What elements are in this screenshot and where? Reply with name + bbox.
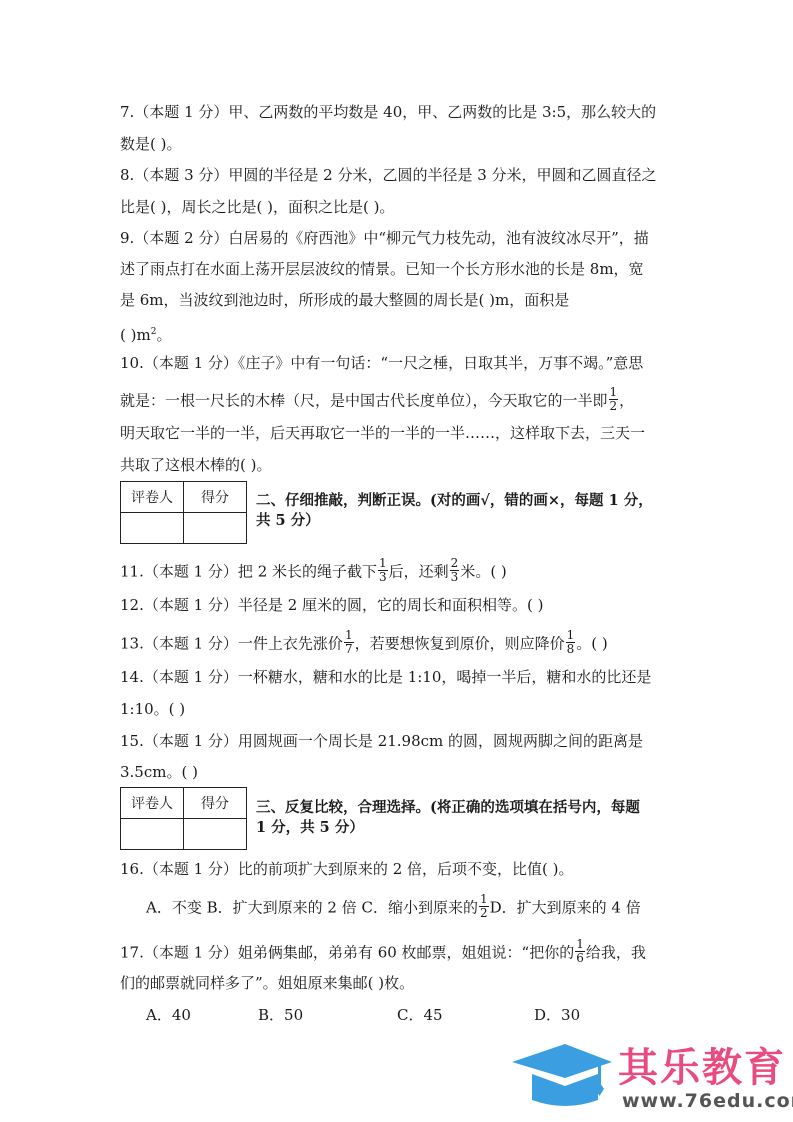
fraction-one-seventh: 17 xyxy=(344,629,354,656)
section3-title-line2: 1 分，共 5 分） xyxy=(256,818,640,838)
q8-line2: 比是( )，周长之比是( )，面积之比是( )。 xyxy=(120,197,394,217)
q11: 11.（本题 1 分）把 2 米长的绳子截下13后，还剩23米。( ) xyxy=(120,559,507,586)
brand-logo: 其乐教育 www.76edu.com xyxy=(510,1040,790,1115)
score-table-section3: 评卷人 得分 xyxy=(120,787,247,850)
grader-header: 评卷人 xyxy=(121,482,184,513)
q17-option-c: C．45 xyxy=(397,1005,443,1025)
q9-line4-post: 。 xyxy=(156,326,171,344)
q10-line3: 明天取它一半的一半，后天再取它一半的一半的一半……，这样取下去，三天一 xyxy=(120,423,645,443)
grader-cell[interactable] xyxy=(121,819,184,850)
score-header: 得分 xyxy=(184,788,247,819)
q7-line1: 7.（本题 1 分）甲、乙两数的平均数是 40，甲、乙两数的比是 3:5，那么较… xyxy=(120,102,656,122)
q12: 12.（本题 1 分）半径是 2 厘米的圆，它的周长和面积相等。( ) xyxy=(120,595,544,615)
q14-line2: 1:10。( ) xyxy=(120,699,185,719)
q9-line3: 是 6m，当波纹到池边时，所形成的最大整圆的周长是( )m，面积是 xyxy=(120,290,569,310)
q15-line1: 15.（本题 1 分）用圆规画一个周长是 21.98cm 的圆，圆规两脚之间的距… xyxy=(120,731,643,751)
grader-cell[interactable] xyxy=(121,513,184,544)
q17-line1-post: 给我，我 xyxy=(586,944,646,962)
q16-options: A．不变 B．扩大到原来的 2 倍 C．缩小到原来的12D．扩大到原来的 4 倍 xyxy=(146,895,641,922)
q17-line1: 17.（本题 1 分）姐弟俩集邮，弟弟有 60 枚邮票，姐姐说：“把你的16给我… xyxy=(120,940,646,967)
section3-title: 三、反复比较，合理选择。(将正确的选项填在括号内，每题 1 分，共 5 分） xyxy=(256,798,640,838)
q13-post: 。( ) xyxy=(576,635,607,653)
q9-line1: 9.（本题 2 分）白居易的《府西池》中“柳元气力枝先动，池有波纹冰尽开”，描 xyxy=(120,228,649,248)
q9-line2: 述了雨点打在水面上荡开层层波纹的情景。已知一个长方形水池的长是 8m，宽 xyxy=(120,259,644,279)
q17-line2: 们的邮票就同样多了”。姐姐原来集邮( )枚。 xyxy=(120,973,414,993)
q16-line1: 16.（本题 1 分）比的前项扩大到原来的 2 倍，后项不变，比值( )。 xyxy=(120,859,574,879)
fraction-one-half: 12 xyxy=(609,386,619,413)
graduation-cap-icon xyxy=(510,1040,615,1115)
q13-mid: ，若要想恢复到原价，则应降价 xyxy=(355,635,565,653)
score-cell[interactable] xyxy=(184,513,247,544)
q8-line1: 8.（本题 3 分）甲圆的半径是 2 分米，乙圆的半径是 3 分米，甲圆和乙圆直… xyxy=(120,165,657,185)
brand-name: 其乐教育 xyxy=(618,1036,786,1093)
q17-option-b: B．50 xyxy=(258,1005,303,1025)
fraction-one-third: 13 xyxy=(378,557,388,584)
q11-pre: 11.（本题 1 分）把 2 米长的绳子截下 xyxy=(120,563,377,581)
section2-title: 二、仔细推敲，判断正误。(对的画√，错的画×，每题 1 分， 共 5 分） xyxy=(256,491,653,531)
section2-title-line1: 二、仔细推敲，判断正误。(对的画√，错的画×，每题 1 分， xyxy=(256,491,653,511)
q13: 13.（本题 1 分）一件上衣先涨价17，若要想恢复到原价，则应降价18。( ) xyxy=(120,631,608,658)
fraction-one-sixth: 16 xyxy=(575,938,585,965)
section3-title-line1: 三、反复比较，合理选择。(将正确的选项填在括号内，每题 xyxy=(256,798,640,818)
fraction-two-thirds: 23 xyxy=(450,557,460,584)
score-cell[interactable] xyxy=(184,819,247,850)
fraction-one-eighth: 18 xyxy=(566,629,576,656)
q10-line4: 共取了这根木棒的( )。 xyxy=(120,455,271,475)
q17-option-a: A．40 xyxy=(146,1005,191,1025)
q10-line1: 10.（本题 1 分）《庄子》中有一句话：“一尺之棰，日取其半，万事不竭。”意思 xyxy=(120,353,643,373)
q14-line1: 14.（本题 1 分）一杯糖水，糖和水的比是 1:10，喝掉一半后，糖和水的比还… xyxy=(120,667,651,687)
q15-line2: 3.5cm。( ) xyxy=(120,762,198,782)
section2-title-line2: 共 5 分） xyxy=(256,511,653,531)
q7-line2: 数是( )。 xyxy=(120,134,181,154)
q13-pre: 13.（本题 1 分）一件上衣先涨价 xyxy=(120,635,343,653)
q10-line2-post: ， xyxy=(619,392,634,410)
q9-line4-pre: ( )m xyxy=(120,326,151,344)
q11-mid: 后，还剩 xyxy=(389,563,449,581)
fraction-one-half: 12 xyxy=(479,893,489,920)
q11-post: 米。( ) xyxy=(460,563,506,581)
q10-line2: 就是：一根一尺长的木棒（尺，是中国古代长度单位），今天取它的一半即12， xyxy=(120,388,634,415)
q10-line2-pre: 就是：一根一尺长的木棒（尺，是中国古代长度单位），今天取它的一半即 xyxy=(120,392,608,410)
q17-line1-pre: 17.（本题 1 分）姐弟俩集邮，弟弟有 60 枚邮票，姐姐说：“把你的 xyxy=(120,944,574,962)
q16-options-pre: A．不变 B．扩大到原来的 2 倍 C．缩小到原来的 xyxy=(146,899,478,917)
q17-option-d: D．30 xyxy=(534,1005,580,1025)
score-table-section2: 评卷人 得分 xyxy=(120,481,247,544)
q9-line4: ( )m2。 xyxy=(120,322,171,345)
q16-options-post: D．扩大到原来的 4 倍 xyxy=(490,899,641,917)
score-header: 得分 xyxy=(184,482,247,513)
grader-header: 评卷人 xyxy=(121,788,184,819)
brand-url: www.76edu.com xyxy=(622,1090,793,1112)
